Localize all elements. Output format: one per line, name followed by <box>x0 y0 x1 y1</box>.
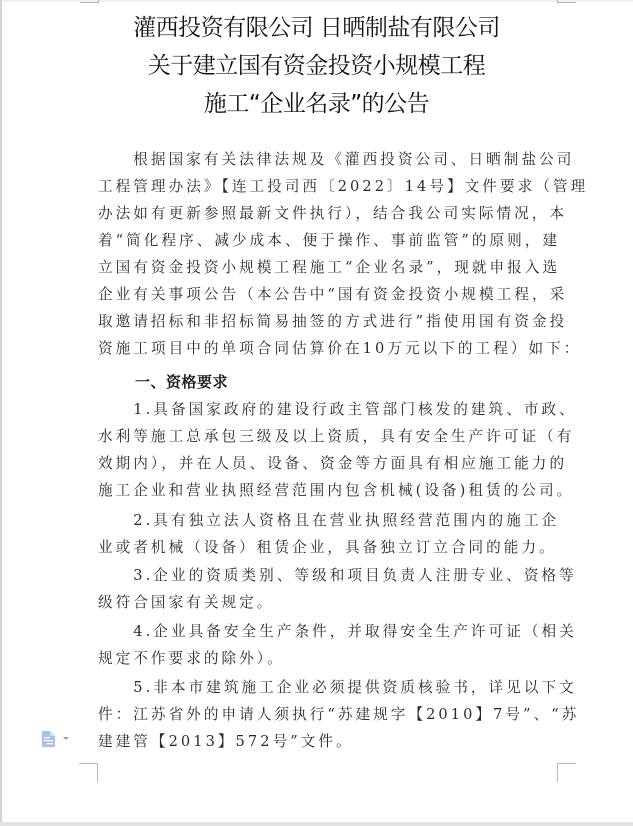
text-line: 工程管理办法》【连工投司西〔2022〕14号】文件要求（管理 <box>98 178 556 196</box>
section-heading: 一、资格要求 <box>135 371 228 392</box>
text-line: 业或者机械（设备）租赁企业，具备独立订立合同的能力。 <box>98 539 556 557</box>
text-line: 件：江苏省外的申请人须执行“苏建规字【2010】7号”、“苏 <box>98 706 556 724</box>
page-left-edge <box>0 0 2 826</box>
text-line: 3.企业的资质类别、等级和项目负责人注册专业、资格等 <box>98 567 556 585</box>
margin-corner-mark-bottom-left <box>79 763 98 782</box>
text-line: 1.具备国家政府的建设行政主管部门核发的建筑、市政、 <box>98 401 556 419</box>
text-line: 办法如有更新参照最新文件执行），结合我公司实际情况，本 <box>98 205 556 223</box>
text-line: 资施工项目中的单项合同估算价在10万元以下的工程）如下： <box>98 340 556 358</box>
text-line: 根据国家有关法律法规及《灌西投资公司、日晒制盐公司 <box>98 151 556 169</box>
margin-corner-mark-top-left <box>80 0 99 3</box>
page-bottom-edge <box>0 822 633 826</box>
text-line: 建建管【2013】572号”文件。 <box>98 733 556 751</box>
chevron-down-icon[interactable] <box>63 737 69 740</box>
title-line-2: 关于建立国有资金投资小规模工程 <box>0 47 633 80</box>
text-line: 着“简化程序、减少成本、便于操作、事前监管”的原则，建 <box>98 232 556 250</box>
text-line: 水利等施工总承包三级及以上资质，具有安全生产许可证（有 <box>98 428 556 446</box>
text-line: 规定不作要求的除外）。 <box>98 650 556 668</box>
text-line: 4.企业具备安全生产条件，并取得安全生产许可证（相关 <box>98 623 556 641</box>
text-line: 取邀请招标和非招标简易抽签的方式进行”指使用国有资金投 <box>98 313 556 331</box>
title-line-3: 施工“企业名录”的公告 <box>0 85 633 118</box>
document-paste-icon[interactable] <box>42 731 55 747</box>
text-line: 施工企业和营业执照经营范围内包含机械(设备)租赁的公司。 <box>98 482 556 500</box>
margin-corner-mark-top-right <box>557 0 576 3</box>
text-line: 5.非本市建筑施工企业必须提供资质核验书，详见以下文 <box>98 679 556 697</box>
text-line: 效期内），并在人员、设备、资金等方面具有相应施工能力的 <box>98 455 556 473</box>
text-line: 级符合国家有关规定。 <box>98 594 556 612</box>
margin-corner-mark-bottom-right <box>557 763 576 782</box>
text-line: 立国有资金投资小规模工程施工“企业名录”，现就申报入选 <box>98 259 556 277</box>
text-line: 企业有关事项公告（本公告中“国有资金投资小规模工程，采 <box>98 286 556 304</box>
text-line: 2.具有独立法人资格且在营业执照经营范围内的施工企 <box>98 512 556 530</box>
title-line-1: 灌西投资有限公司 日晒制盐有限公司 <box>0 9 633 42</box>
